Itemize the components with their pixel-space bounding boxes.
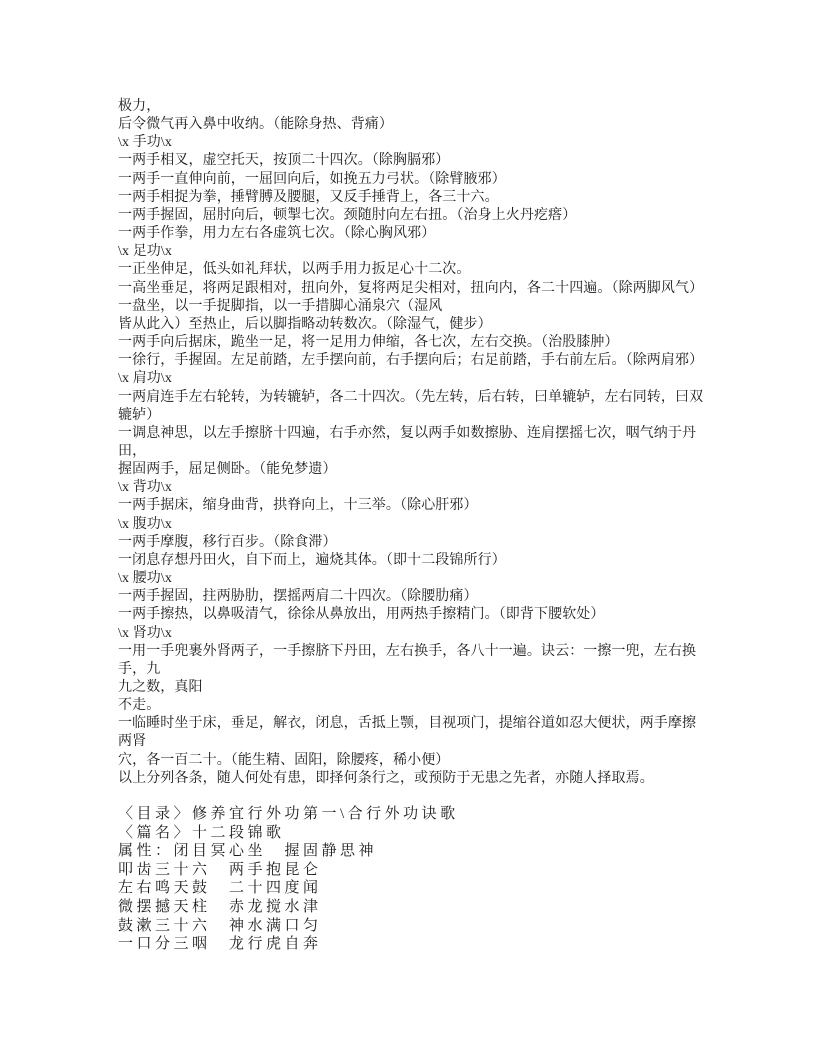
section-marker-shoulder: \x 肩功\x: [118, 370, 758, 388]
verse-line: 微摆撼天柱 赤龙搅水津: [118, 898, 758, 917]
text-document: 极力， 后令微气再入鼻中收纳。（能除身热、背痛） \x 手功\x 一两手相叉，虚…: [118, 98, 758, 954]
text-line: 一两手据床，缩身曲背，拱脊向上，十三举。（除心肝邪）: [118, 497, 758, 515]
text-line: 一盘坐，以一手捉脚指，以一手措脚心涌泉穴（湿风: [118, 298, 758, 316]
section-marker-kidney: \x 肾功\x: [118, 625, 758, 643]
text-line: 一两手相叉，虚空托天，按顶二十四次。（除胸膈邪）: [118, 152, 758, 170]
text-line: 一两手一直伸向前，一屈回向后，如挽五力弓状。（除臂腋邪）: [118, 171, 758, 189]
text-line: 一徐行，手握固。左足前踏，左手摆向前，右手摆向后；右足前踏，手右前左后。（除两肩…: [118, 352, 758, 370]
text-line: 一正坐伸足，低头如礼拜状，以两手用力扳足心十二次。: [118, 261, 758, 279]
twelve-brocade-song-section: 〈目录〉修养宜行外功第一\合行外功诀歌 〈篇名〉十二段锦歌 属性：闭目冥心坐 握…: [118, 805, 758, 954]
document-page: 极力， 后令微气再入鼻中收纳。（能除身热、背痛） \x 手功\x 一两手相叉，虚…: [0, 0, 816, 1056]
title-heading-line: 〈篇名〉十二段锦歌: [118, 824, 758, 843]
section-marker-hand: \x 手功\x: [118, 134, 758, 152]
text-line: 一两手摩腹，移行百步。（除食滞）: [118, 534, 758, 552]
text-line: 两肾: [118, 733, 758, 751]
text-line: 九之数，真阳: [118, 679, 758, 697]
text-line: 辘轳）: [118, 407, 758, 425]
text-line: 手，九: [118, 661, 758, 679]
verse-line: 叩齿三十六 两手抱昆仑: [118, 861, 758, 880]
text-line: 田，: [118, 443, 758, 461]
catalog-heading-line: 〈目录〉修养宜行外功第一\合行外功诀歌: [118, 805, 758, 824]
section-marker-back: \x 背功\x: [118, 479, 758, 497]
text-line: 后令微气再入鼻中收纳。（能除身热、背痛）: [118, 116, 758, 134]
text-line: 握固两手，屈足侧卧。（能免梦遗）: [118, 461, 758, 479]
verse-line: 鼓漱三十六 神水满口匀: [118, 917, 758, 936]
section-marker-abdomen: \x 腹功\x: [118, 516, 758, 534]
text-line: 一两手握固，拄两胁肋，摆摇两肩二十四次。（除腰肋痛）: [118, 588, 758, 606]
text-line: 一两手擦热，以鼻吸清气，徐徐从鼻放出，用两热手擦精门。（即背下腰软处）: [118, 606, 758, 624]
text-line: 一高坐垂足，将两足跟相对，扭向外，复将两足尖相对，扭向内，各二十四遍。（除两脚风…: [118, 280, 758, 298]
text-line: 穴，各一百二十。（能生精、固阳，除腰疼，稀小便）: [118, 752, 758, 770]
text-line: 以上分列各条，随人何处有患，即择何条行之，或预防于无患之先者，亦随人择取焉。: [118, 770, 758, 788]
text-line: 一闭息存想丹田火，自下而上，遍烧其体。（即十二段锦所行）: [118, 552, 758, 570]
text-line: 一两手作拳，用力左右各虚筑七次。（除心胸风邪）: [118, 225, 758, 243]
text-line: 一临睡时坐于床，垂足，解衣，闭息，舌抵上颚，目视项门，提缩谷道如忍大便状，两手摩…: [118, 715, 758, 733]
text-line: 一调息神思，以左手擦脐十四遍，右手亦然，复以两手如数擦胁、连肩摆摇七次，咽气纳于…: [118, 425, 758, 443]
text-line: 一用一手兜裹外肾两子，一手擦脐下丹田，左右换手，各八十一遍。诀云：一擦一兜，左右…: [118, 643, 758, 661]
verse-line: 左右鸣天鼓 二十四度闻: [118, 879, 758, 898]
verse-line: 一口分三咽 龙行虎自奔: [118, 935, 758, 954]
text-line: 一两肩连手左右轮转，为转辘轳，各二十四次。（先左转，后右转，曰单辘轳，左右同转，…: [118, 389, 758, 407]
text-line: 一两手相捉为拳，捶臂膊及腰腿，又反手捶背上，各三十六。: [118, 189, 758, 207]
text-line: 一两手握固，屈肘向后，顿掣七次。颈随肘向左右扭。（治身上火丹疙瘩）: [118, 207, 758, 225]
text-line: 极力，: [118, 98, 758, 116]
verse-line: 属性：闭目冥心坐 握固静思神: [118, 842, 758, 861]
text-line: 一两手向后据床，跪坐一足，将一足用力伸缩，各七次，左右交换。（治股膝肿）: [118, 334, 758, 352]
section-marker-foot: \x 足功\x: [118, 243, 758, 261]
external-exercises-section: 极力， 后令微气再入鼻中收纳。（能除身热、背痛） \x 手功\x 一两手相叉，虚…: [118, 98, 758, 788]
text-line: 不走。: [118, 697, 758, 715]
section-marker-waist: \x 腰功\x: [118, 570, 758, 588]
text-line: 皆从此入）至热止，后以脚指略动转数次。（除湿气，健步）: [118, 316, 758, 334]
